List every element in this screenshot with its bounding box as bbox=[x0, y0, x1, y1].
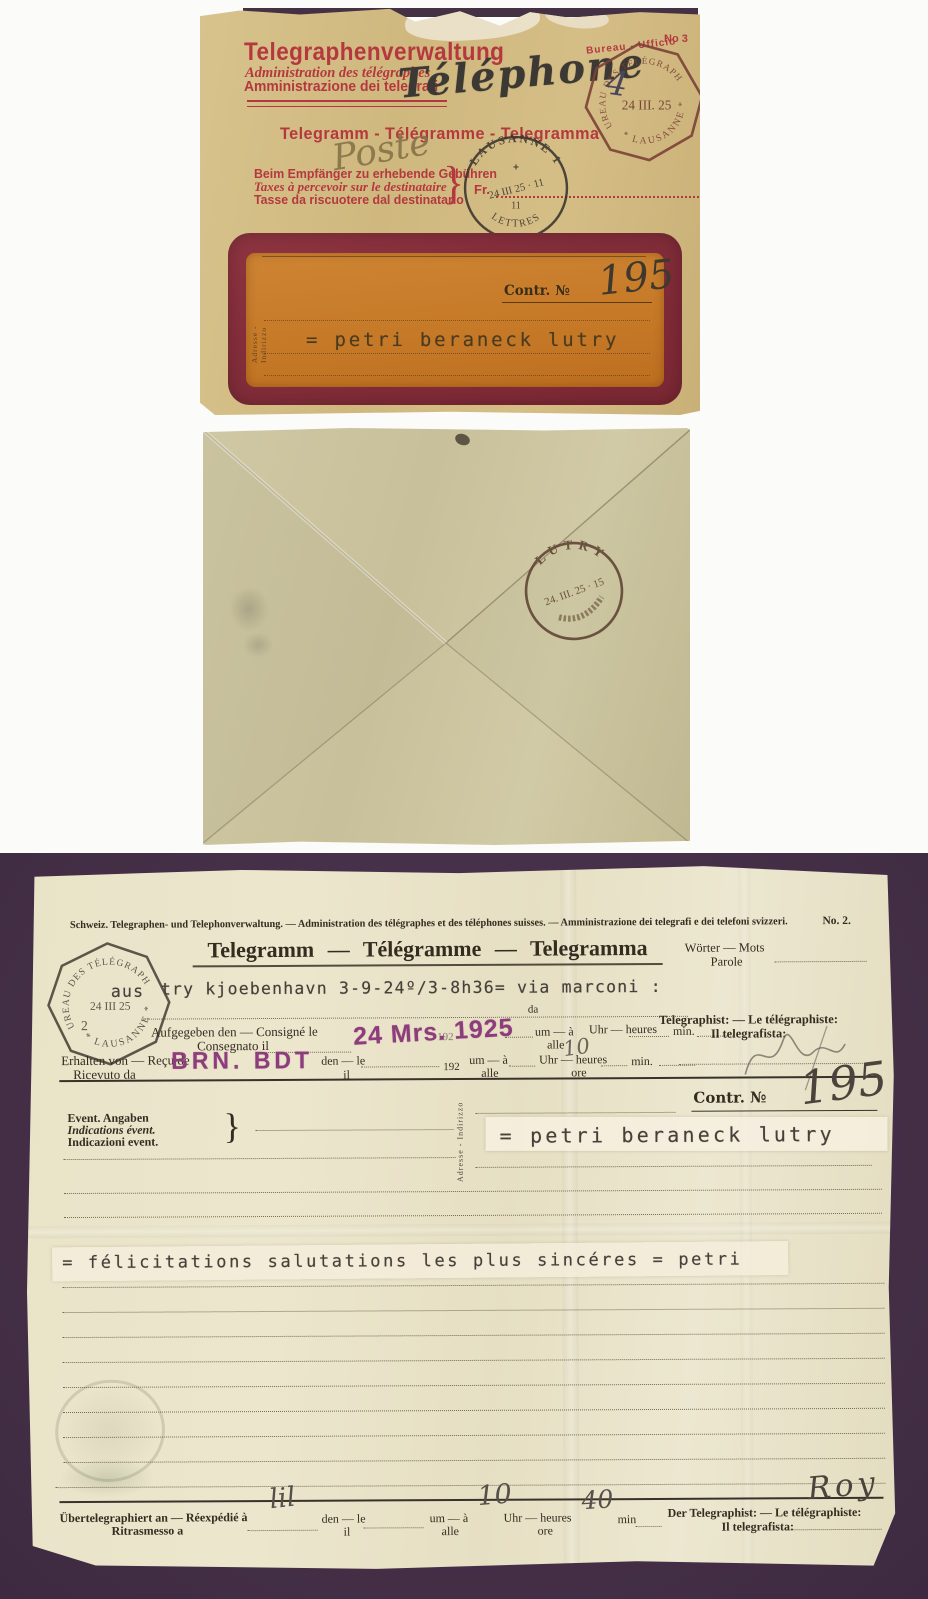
ruled-line bbox=[64, 1212, 882, 1218]
contr-no-label: Contr. № bbox=[693, 1088, 766, 1106]
year-placeholder: 192 bbox=[443, 1061, 460, 1073]
il-label: il bbox=[344, 1525, 351, 1540]
contr-no-manuscript: 195 bbox=[596, 251, 677, 305]
cds-code: 11 bbox=[511, 200, 521, 211]
ruled-line bbox=[64, 1188, 882, 1194]
ruled-line bbox=[62, 1307, 884, 1313]
window-address-typed: = petri beraneck lutry bbox=[306, 329, 619, 351]
routing-typed-prefix: aus bbox=[111, 982, 145, 1001]
fees-brace: } bbox=[443, 157, 464, 211]
ruled-line bbox=[629, 1035, 669, 1037]
ruled-line bbox=[63, 1357, 885, 1363]
octagon-form-office: 2 bbox=[81, 1018, 88, 1033]
cds-bottom-text: LETTRES bbox=[489, 211, 543, 230]
origin-office-handstamp: BRN. BDT bbox=[171, 1046, 313, 1075]
message-typed: = félicitations salutations les plus sin… bbox=[62, 1250, 742, 1274]
retransmitted-hour-manuscript: 10 bbox=[476, 1479, 513, 1512]
torn-paper-patch bbox=[544, 3, 610, 32]
fold-crease bbox=[24, 1222, 898, 1239]
words-count-label2: Parole bbox=[711, 955, 743, 970]
min-label: min bbox=[618, 1512, 637, 1527]
contr-no-rule bbox=[502, 302, 652, 303]
ruled-line bbox=[364, 1526, 424, 1528]
cds-postmark-lausanne: LAUSANNE 1 + 24 III 25 · 11 11 LETTRES bbox=[462, 134, 570, 242]
alle-label: alle bbox=[442, 1524, 459, 1539]
ruled-line bbox=[63, 1407, 885, 1413]
ruled-line bbox=[361, 1065, 439, 1067]
panel-top-rule bbox=[262, 256, 646, 257]
cds-cross: + bbox=[513, 163, 519, 174]
event-label-it: Indicazioni event. bbox=[68, 1135, 159, 1150]
envelope-back-photo: LUTRY 24. III. 25 · 15 bbox=[203, 428, 690, 845]
cds-lutry-town-text: LUTRY bbox=[531, 537, 612, 569]
ruled-line bbox=[62, 1282, 884, 1288]
telegraphist-signature-manuscript: Roy bbox=[806, 1465, 881, 1507]
fold-crease bbox=[560, 865, 580, 1571]
ruled-line bbox=[63, 1432, 885, 1438]
form-admin-line: Schweiz. Telegraphen- und Telephonverwal… bbox=[56, 916, 801, 931]
fold-crease bbox=[738, 864, 754, 1570]
photo-composite: Telegraphenverwaltung Administration des… bbox=[0, 0, 928, 1599]
ruled-line bbox=[63, 1382, 885, 1388]
postal-smudge bbox=[243, 632, 273, 658]
ruled-line bbox=[775, 960, 867, 962]
form-title: Telegramm — Télégramme — Telegramma bbox=[193, 935, 663, 967]
form-number: No. 2. bbox=[822, 915, 850, 927]
date-handstamp: 24 Mrs. 1925 bbox=[352, 1014, 514, 1052]
section-rule bbox=[59, 1497, 883, 1503]
fees-it: Tasse da riscuotere dal destinatario bbox=[254, 192, 464, 207]
address-typed: = petri beraneck lutry bbox=[500, 1122, 835, 1148]
contr-no-label: Contr. № bbox=[504, 283, 570, 299]
den-le-label: den — le bbox=[321, 1053, 365, 1068]
ruled-line bbox=[636, 1525, 662, 1527]
svg-text:LETTRES: LETTRES bbox=[489, 211, 543, 230]
ruled-line bbox=[63, 1457, 885, 1463]
envelope-front-photo: Telegraphenverwaltung Administration des… bbox=[200, 8, 700, 415]
telegram-form: Schweiz. Telegraphen- und Telephonverwal… bbox=[22, 864, 900, 1575]
routing-typed-line: try kjoebenhavn 3-9-24º/3-8h36= via marc… bbox=[161, 977, 662, 999]
cds-date: 24 III 25 · 11 bbox=[487, 176, 545, 201]
min-label: min. bbox=[631, 1054, 653, 1069]
ruled-line bbox=[264, 319, 650, 321]
contr-no-rule bbox=[691, 1110, 877, 1112]
da-label: da bbox=[528, 1004, 538, 1016]
ruled-line bbox=[509, 1065, 535, 1067]
retransmitted-min-manuscript: 40 bbox=[581, 1484, 614, 1515]
postal-smudge bbox=[229, 586, 269, 632]
retransmitted-to-manuscript: lil bbox=[268, 1482, 297, 1516]
ore-label: ore bbox=[538, 1524, 553, 1539]
adresse-vertical-label: Adresse - Indirizzo bbox=[455, 1096, 464, 1182]
ghost-postmark-smudge bbox=[59, 1458, 155, 1499]
svg-text:LUTRY: LUTRY bbox=[531, 537, 612, 569]
retransmitted-label-it: Ritrasmesso a bbox=[112, 1523, 184, 1538]
octagon-form-date: 24 III 25 bbox=[90, 1000, 131, 1013]
ruled-line bbox=[256, 1128, 454, 1131]
contr-no-manuscript: 195 bbox=[796, 1051, 890, 1116]
ruled-line bbox=[264, 352, 650, 354]
ruled-line bbox=[264, 374, 650, 376]
ruled-line bbox=[63, 1332, 885, 1338]
event-brace: } bbox=[223, 1105, 241, 1147]
address-window-frame: Adresse - Indirizzo Contr. № 195 = petri… bbox=[228, 233, 682, 405]
ruled-line bbox=[64, 1156, 456, 1160]
ruled-line bbox=[601, 1064, 627, 1066]
words-count-label: Wörter — Mots bbox=[685, 940, 765, 955]
ruled-line bbox=[55, 1482, 885, 1488]
ruled-line bbox=[248, 1529, 318, 1531]
address-window-panel: Adresse - Indirizzo Contr. № 195 = petri… bbox=[246, 253, 664, 387]
octagon-front-date: 24 III. 25 bbox=[622, 97, 672, 112]
retrans-telegraphist-label-it: Il telegrafista: bbox=[722, 1519, 794, 1534]
ruled-line bbox=[786, 1528, 882, 1531]
ruled-line bbox=[476, 1164, 872, 1168]
cds-postmark-lutry: LUTRY 24. III. 25 · 15 bbox=[520, 537, 629, 646]
